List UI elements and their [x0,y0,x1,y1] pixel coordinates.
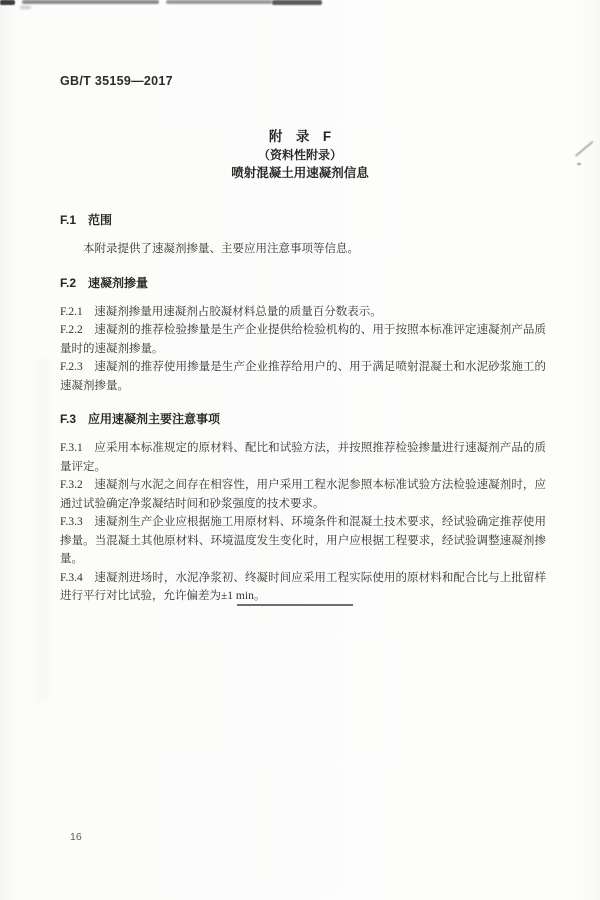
scan-edge-artifact [166,0,272,4]
paragraph-f3-1: F.3.1 应采用本标准规定的原材料、配比和试验方法，并按照推荐检验掺量进行速凝… [60,439,546,476]
paragraph-f2-3: F.2.3 速凝剂的推荐使用掺量是生产企业推荐给用户的、用于满足喷射混凝土和水泥… [60,358,546,395]
page-number: 16 [70,831,82,843]
section-heading-f1: F.1 范围 [60,214,546,227]
appendix-title-block: 附 录 F （资料性附录） 喷射混凝土用速凝剂信息 [0,128,600,182]
paragraph-f2-2: F.2.2 速凝剂的推荐检验掺量是生产企业提供给检验机构的、用于按照本标准评定速… [60,321,546,358]
paragraph-f3-4: F.3.4 速凝剂进场时，水泥净浆初、终凝时间应采用工程实际使用的原材料和配合比… [60,569,546,606]
scan-edge-artifact [272,0,322,5]
section-heading-f3: F.3 应用速凝剂主要注意事项 [60,413,546,426]
bleedthrough-ghost [38,360,47,700]
document-body: F.1 范围 本附录提供了速凝剂掺量、主要应用注意事项等信息。 F.2 速凝剂掺… [60,214,546,606]
appendix-title: 喷射混凝土用速凝剂信息 [0,164,600,182]
standard-number: GB/T 35159—2017 [60,74,173,88]
appendix-label: 附 录 F [0,128,600,146]
scan-edge-artifact [22,0,159,4]
paragraph-f3-2: F.3.2 速凝剂与水泥之间存在相容性，用户采用工程水泥参照本标准试验方法检验速… [60,476,546,513]
section-heading-f2: F.2 速凝剂掺量 [60,277,546,290]
appendix-type: （资料性附录） [0,146,600,164]
scan-edge-artifact [0,0,15,5]
paragraph-f2-1: F.2.1 速凝剂掺量用速凝剂占胶凝材料总量的质量百分数表示。 [60,303,546,322]
paragraph-f3-3: F.3.3 速凝剂生产企业应根据施工用原材料、环境条件和混凝土技术要求，经试验确… [60,513,546,569]
end-of-text-rule [237,604,353,606]
scan-edge-artifact [20,6,31,9]
scanned-document-page: GB/T 35159—2017 附 录 F （资料性附录） 喷射混凝土用速凝剂信… [0,0,600,900]
paragraph-f1-scope: 本附录提供了速凝剂掺量、主要应用注意事项等信息。 [60,240,546,259]
